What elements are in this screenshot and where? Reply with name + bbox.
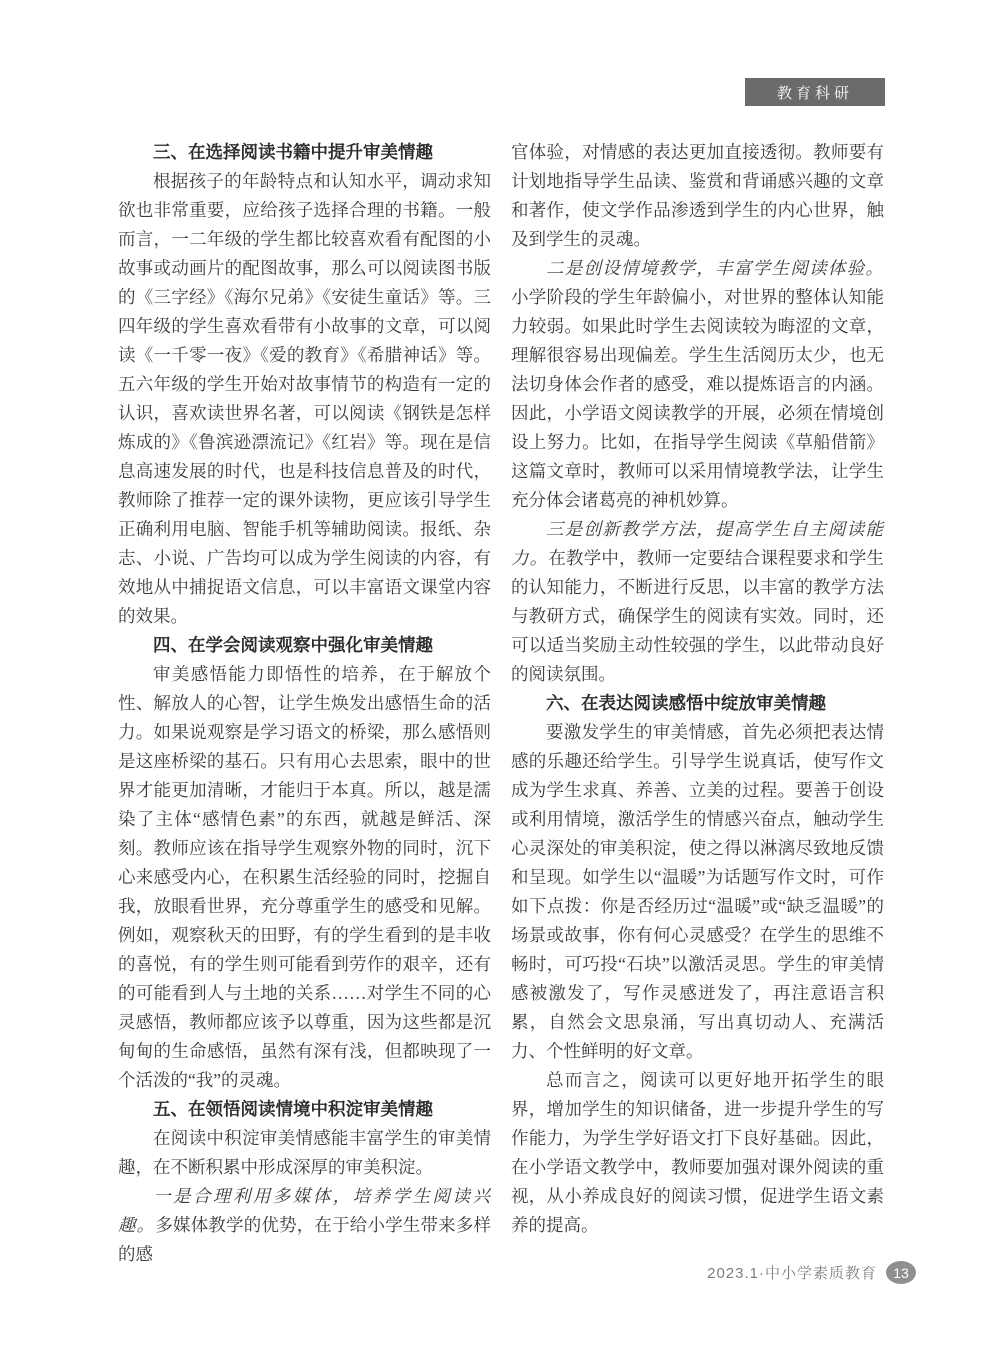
paragraph-conclusion: 总而言之，阅读可以更好地开拓学生的眼界，增加学生的知识储备，进一步提升学生的写作… xyxy=(511,1066,884,1240)
paragraph-point-2: 二是创设情境教学，丰富学生阅读体验。小学阶段的学生年龄偏小，对世界的整体认知能力… xyxy=(511,254,884,515)
section-heading-6: 六、在表达阅读感悟中绽放审美情趣 xyxy=(511,689,884,718)
journal-issue-title: 2023.1·中小学素质教育 xyxy=(707,1262,877,1283)
point-2-body: 小学阶段的学生年龄偏小，对世界的整体认知能力较弱。如果此时学生去阅读较为晦涩的文… xyxy=(511,287,884,510)
point-1-body: 多媒体教学的优势，在于给小学生带来多样的感 xyxy=(118,1215,491,1264)
paragraph-section-3: 根据孩子的年龄特点和认知水平，调动求知欲也非常重要，应给孩子选择合理的书籍。一般… xyxy=(118,167,491,631)
point-3-body: 在教学中，教师一定要结合课程要求和学生的认知能力，不断进行反思，以丰富的教学方法… xyxy=(511,548,884,684)
paragraph-point-1-continuation: 官体验，对情感的表达更加直接透彻。教师要有计划地指导学生品读、鉴赏和背诵感兴趣的… xyxy=(511,138,884,254)
article-body: 三、在选择阅读书籍中提升审美情趣 根据孩子的年龄特点和认知水平，调动求知欲也非常… xyxy=(118,138,884,1269)
paragraph-point-3: 三是创新教学方法，提高学生自主阅读能力。在教学中，教师一定要结合课程要求和学生的… xyxy=(511,515,884,689)
section-heading-5: 五、在领悟阅读情境中积淀审美情趣 xyxy=(118,1095,491,1124)
left-column: 三、在选择阅读书籍中提升审美情趣 根据孩子的年龄特点和认知水平，调动求知欲也非常… xyxy=(118,138,491,1269)
section-heading-3: 三、在选择阅读书籍中提升审美情趣 xyxy=(118,138,491,167)
page-number-badge: 13 xyxy=(886,1261,916,1284)
section-heading-4: 四、在学会阅读观察中强化审美情趣 xyxy=(118,631,491,660)
right-column: 官体验，对情感的表达更加直接透彻。教师要有计划地指导学生品读、鉴赏和背诵感兴趣的… xyxy=(511,138,884,1269)
paragraph-section-4: 审美感悟能力即悟性的培养，在于解放个性、解放人的心智，让学生焕发出感悟生命的活力… xyxy=(118,660,491,1095)
section-header-badge: 教育科研 xyxy=(745,78,885,106)
paragraph-section-5-intro: 在阅读中积淀审美情感能丰富学生的审美情趣，在不断积累中形成深厚的审美积淀。 xyxy=(118,1124,491,1182)
point-2-lead-in: 二是创设情境教学，丰富学生阅读体验。 xyxy=(546,258,884,278)
page-footer: 2023.1·中小学素质教育 13 xyxy=(707,1261,916,1284)
paragraph-section-6: 要激发学生的审美情感，首先必须把表达情感的乐趣还给学生。引导学生说真话，使写作文… xyxy=(511,718,884,1066)
journal-page: 教育科研 三、在选择阅读书籍中提升审美情趣 根据孩子的年龄特点和认知水平，调动求… xyxy=(0,0,992,1346)
paragraph-point-1: 一是合理利用多媒体，培养学生阅读兴趣。多媒体教学的优势，在于给小学生带来多样的感 xyxy=(118,1182,491,1269)
